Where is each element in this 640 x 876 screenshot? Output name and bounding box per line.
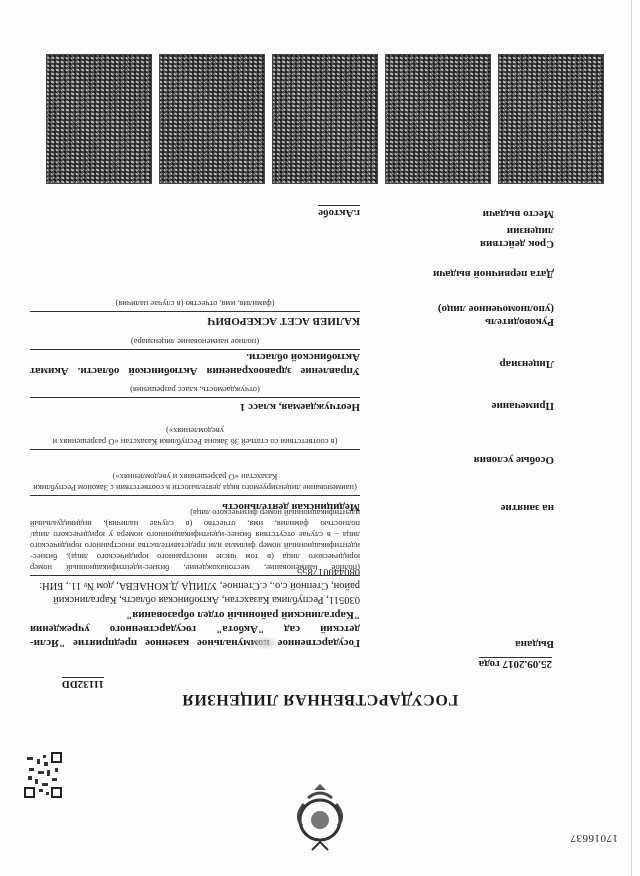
- issued-to-value: Государственное коммунальное казенное пр…: [30, 608, 360, 650]
- head-label: Руководитель (уполномоченное лицо): [434, 302, 554, 328]
- qr-code-icon: [385, 54, 491, 184]
- note-label: Примечание: [434, 399, 554, 412]
- document-title: ГОСУДАРСТВЕННАЯ ЛИЦЕНЗИЯ: [0, 690, 640, 708]
- scan-edge: [631, 0, 632, 876]
- head-value: КАЛИЕВ АСЕТ АСКЕРОВИЧ: [30, 314, 360, 328]
- activity-label: на занятие: [434, 501, 554, 514]
- serial-number: 17016637: [570, 832, 618, 844]
- license-page: 17016637 ГОСУДАРСТВЕННАЯ ЛИЦЕНЗИЯ 25.09.…: [0, 0, 640, 876]
- state-emblem-icon: [290, 782, 350, 856]
- qr-code-icon: [159, 54, 265, 184]
- qr-code-icon: [24, 752, 62, 798]
- licensor-hint: (полное наименование лицензиара): [30, 336, 360, 350]
- footer-qr-codes: [48, 48, 608, 184]
- activity-value: Медицинская деятельность: [30, 500, 360, 514]
- issue-date: 25.09.2017 года: [479, 657, 552, 670]
- special-conditions-label: Особые условия: [434, 453, 554, 466]
- issued-to-hint: (полное наименование, местонахождение, б…: [30, 507, 360, 576]
- licensor-label: Лицензиар: [434, 357, 554, 370]
- stamp-smudge: [250, 636, 280, 650]
- note-hint: (отчуждаемость, класс разрешения): [30, 384, 360, 398]
- place-of-issue-value: г.Актобе: [318, 205, 360, 220]
- activity-hint: (наименование лицензируемого вида деятел…: [30, 471, 360, 496]
- qr-code-icon: [272, 54, 378, 184]
- qr-code-icon: [498, 54, 604, 184]
- issued-to-label: Выдана: [434, 637, 554, 650]
- first-issue-date-label: Дата первичной выдачи: [364, 267, 554, 280]
- head-hint: (фамилия, имя, отчество (в случае наличи…: [30, 298, 360, 312]
- qr-code-icon: [46, 54, 152, 184]
- place-of-issue-label: Место выдачи: [434, 207, 554, 220]
- validity-label: Срок действия лицензии: [434, 224, 554, 250]
- note-value: Неотчуждаемая, класс 1: [30, 400, 360, 414]
- special-conditions-hint: (в соответствии со статьей 36 Закона Рес…: [30, 425, 360, 450]
- licensor-value: Управление здравоохранения Актюбинской о…: [30, 350, 360, 378]
- document-code: 11132DD: [62, 677, 104, 690]
